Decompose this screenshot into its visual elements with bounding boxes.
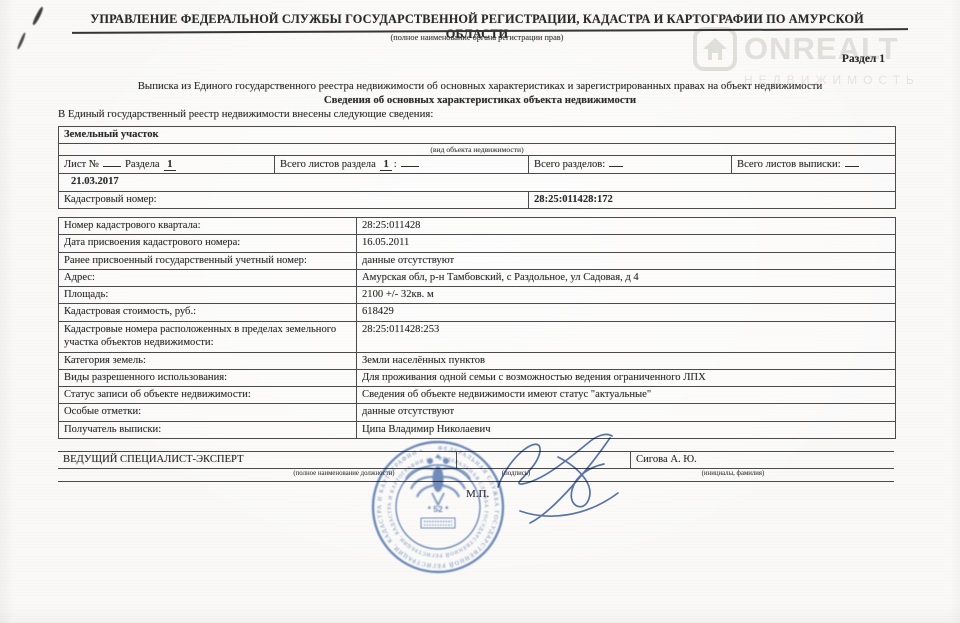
total-sections-label: Всего разделов:	[534, 159, 605, 170]
blank-line	[401, 157, 419, 167]
row-label: Виды разрешенного использования:	[59, 370, 356, 386]
row-value: Земли населённых пунктов	[356, 353, 895, 369]
object-type: Земельный участок	[59, 127, 895, 143]
object-summary-table: Земельный участок (вид объекта недвижимо…	[58, 126, 896, 209]
sheet-counts-row: Лист №Раздела 1 Всего листов раздела 1: …	[59, 155, 895, 173]
table-row: Категория земель: Земли населённых пункт…	[59, 352, 895, 369]
total-sections-cell: Всего разделов:	[528, 156, 731, 173]
row-value: Амурская обл, р-н Тамбовский, с Раздольн…	[356, 270, 895, 286]
object-type-row: Земельный участок	[59, 127, 895, 143]
table-row: Адрес: Амурская обл, р-н Тамбовский, с Р…	[59, 269, 895, 286]
official-name: Сигова А. Ю.	[630, 452, 894, 468]
table-row: Кадастровые номера расположенных в преде…	[59, 321, 895, 352]
row-value: Сведения об объекте недвижимости имеют с…	[356, 387, 895, 403]
row-value: Для проживания одной семьи с возможность…	[356, 370, 895, 386]
scan-pen-mark	[16, 32, 26, 50]
row-value: данные отсутствуют	[356, 253, 895, 269]
cadastral-number-label: Кадастровый номер:	[59, 192, 528, 208]
row-value: 28:25:011428:253	[356, 322, 895, 352]
razdel-label: Раздела	[125, 159, 160, 170]
colon: :	[394, 159, 397, 170]
table-row: Кадастровая стоимость, руб.: 618429	[59, 303, 895, 320]
table-row: Ранее присвоенный государственный учетны…	[59, 252, 895, 269]
row-value: 16.05.2011	[356, 235, 895, 251]
sheet-label: Лист №	[64, 159, 99, 170]
row-value: 618429	[356, 304, 895, 320]
extract-date: 21.03.2017	[59, 174, 895, 190]
row-value: 28:25:011428	[356, 218, 895, 234]
object-details-table: Номер кадастрового квартала: 28:25:01142…	[58, 217, 896, 439]
row-label: Площадь:	[59, 287, 356, 303]
row-label: Кадастровые номера расположенных в преде…	[59, 322, 356, 352]
table-row: Дата присвоения кадастрового номера: 16.…	[59, 234, 895, 251]
row-label: Номер кадастрового квартала:	[59, 218, 356, 234]
table-row: Площадь: 2100 +/- 32кв. м	[59, 286, 895, 303]
scan-pen-mark	[32, 6, 45, 26]
object-type-caption-row: (вид объекта недвижимости)	[59, 143, 895, 155]
section-sheets-cell: Всего листов раздела 1:	[274, 156, 528, 173]
sheet-number-cell: Лист №Раздела 1	[59, 156, 274, 173]
extract-title: Выписка из Единого государственного реес…	[40, 80, 920, 92]
blank-line	[103, 157, 121, 167]
section-sheets-label: Всего листов раздела	[280, 159, 376, 170]
blank-line	[609, 157, 623, 167]
row-label: Кадастровая стоимость, руб.:	[59, 304, 356, 320]
handwritten-signature	[468, 423, 668, 538]
cadastral-number-row: Кадастровый номер: 28:25:011428:172	[59, 191, 895, 208]
blank-line	[845, 157, 859, 167]
row-label: Дата присвоения кадастрового номера:	[59, 235, 356, 251]
object-type-caption: (вид объекта недвижимости)	[59, 144, 895, 155]
org-name-caption: (полное наименование органа регистрации …	[58, 33, 896, 42]
row-label: Адрес:	[59, 270, 356, 286]
table-row: Номер кадастрового квартала: 28:25:01142…	[59, 218, 895, 234]
extract-subtitle: Сведения об основных характеристиках объ…	[40, 94, 920, 106]
section-sheets-value: 1	[380, 159, 391, 171]
row-label: Категория земель:	[59, 353, 356, 369]
table-row: Особые отметки: данные отсутствуют	[59, 403, 895, 420]
row-value: данные отсутствуют	[356, 404, 895, 420]
stamp-number: * 52 *	[428, 504, 449, 514]
total-sheets-cell: Всего листов выписки:	[731, 156, 895, 173]
cadastral-number-value: 28:25:011428:172	[528, 192, 895, 208]
row-label: Ранее присвоенный государственный учетны…	[59, 253, 356, 269]
stamp-code-box	[421, 518, 455, 528]
date-row: 21.03.2017	[59, 173, 895, 190]
razdel-value: 1	[164, 159, 175, 171]
extract-lead: В Единый государственный реестр недвижим…	[58, 108, 898, 120]
row-label: Особые отметки:	[59, 404, 356, 420]
row-value: 2100 +/- 32кв. м	[356, 287, 895, 303]
section-label: Раздел 1	[700, 53, 885, 65]
table-row: Статус записи об объекте недвижимости: С…	[59, 386, 895, 403]
row-label: Получатель выписки:	[59, 422, 356, 438]
table-row: Виды разрешенного использования: Для про…	[59, 369, 895, 386]
scanned-egrn-extract-page: ONREALT НЕДВИЖИМОСТЬ УПРАВЛЕНИЕ ФЕДЕРАЛЬ…	[0, 0, 960, 623]
total-sheets-label: Всего листов выписки:	[737, 159, 841, 170]
row-label: Статус записи об объекте недвижимости:	[59, 387, 356, 403]
